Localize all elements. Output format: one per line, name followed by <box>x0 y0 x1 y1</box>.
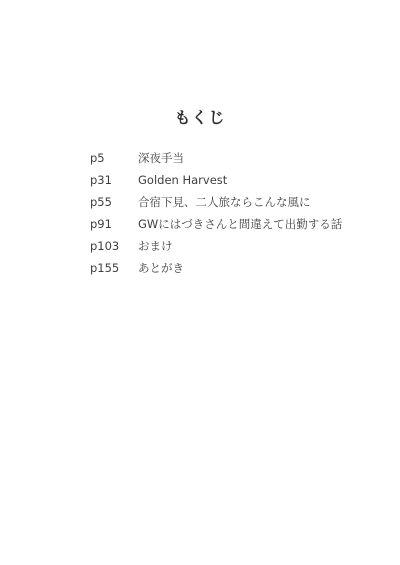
toc-list: p5 深夜手当 p31 Golden Harvest p55 合宿下見、二人旅な… <box>0 147 400 279</box>
toc-entry-title: あとがき <box>138 260 400 276</box>
toc-entry: p155 あとがき <box>0 257 400 279</box>
toc-entry-title: 深夜手当 <box>138 150 400 166</box>
page-title: もくじ <box>0 0 400 128</box>
toc-entry-page-number: p103 <box>90 239 138 253</box>
toc-entry: p91 GWにはづきさんと間違えて出勤する話 <box>0 213 400 235</box>
toc-entry-page-number: p91 <box>90 217 138 231</box>
toc-entry-page-number: p5 <box>90 151 138 165</box>
toc-entry: p103 おまけ <box>0 235 400 257</box>
toc-entry: p31 Golden Harvest <box>0 169 400 191</box>
toc-entry-title: Golden Harvest <box>138 173 400 187</box>
toc-entry-title: 合宿下見、二人旅ならこんな風に <box>138 194 400 210</box>
toc-entry-page-number: p155 <box>90 261 138 275</box>
toc-page: もくじ p5 深夜手当 p31 Golden Harvest p55 合宿下見、… <box>0 0 400 565</box>
toc-entry: p55 合宿下見、二人旅ならこんな風に <box>0 191 400 213</box>
toc-entry-page-number: p31 <box>90 173 138 187</box>
toc-entry-title: おまけ <box>138 238 400 254</box>
toc-entry-title: GWにはづきさんと間違えて出勤する話 <box>138 216 400 232</box>
toc-entry-page-number: p55 <box>90 195 138 209</box>
toc-entry: p5 深夜手当 <box>0 147 400 169</box>
